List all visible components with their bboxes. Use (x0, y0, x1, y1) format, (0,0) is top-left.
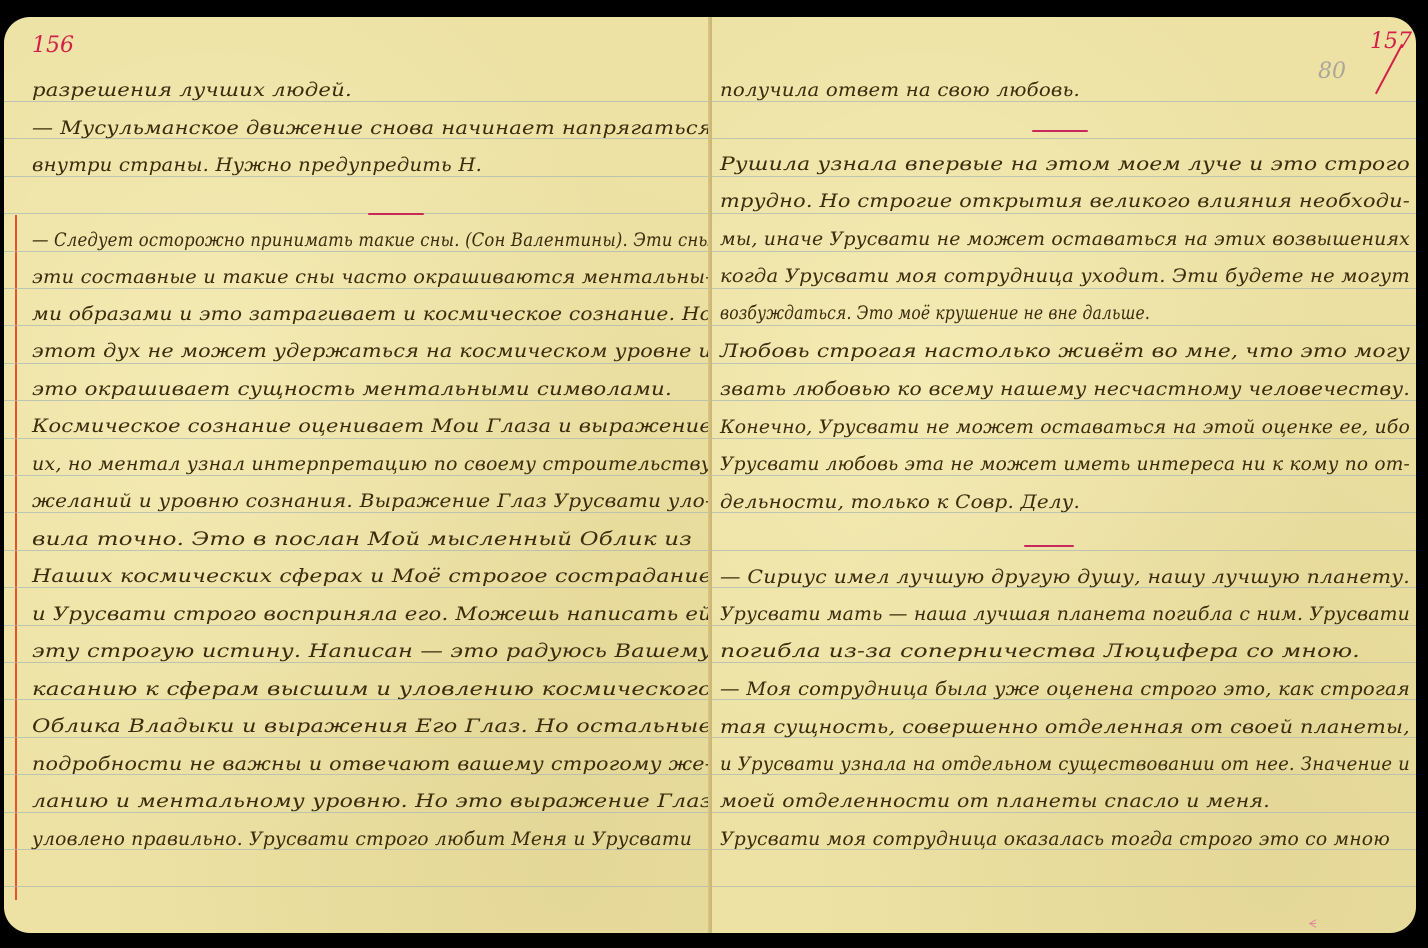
red-margin-line (15, 215, 17, 900)
handwritten-line: желаний и уровню сознания. Выражение Гла… (32, 490, 712, 512)
handwritten-line: трудно. Но строгие открытия великого вли… (720, 190, 1410, 212)
section-divider (368, 213, 424, 215)
rule-line (4, 512, 712, 513)
handwritten-line: Конечно, Урусвати не может оставаться на… (720, 416, 1410, 438)
section-divider (1024, 545, 1074, 547)
rule-line (712, 886, 1416, 887)
page-number-right: 157 (1370, 29, 1412, 54)
rule-line (712, 325, 1416, 326)
handwritten-line: эти составные и такие сны часто окрашива… (32, 266, 712, 288)
rule-line (712, 288, 1416, 289)
rule-line (712, 138, 1416, 139)
handwritten-line: дельности, только к Совр. Делу. (720, 491, 1080, 513)
handwritten-line: Наших космических сферах и Моё строгое с… (32, 565, 712, 587)
rule-line (4, 886, 712, 887)
handwritten-line: когда Урусвати моя сотрудница уходит. Эт… (720, 265, 1410, 287)
rule-line (4, 400, 712, 401)
handwritten-line: тая сущность, совершенно отделенная от с… (720, 716, 1410, 738)
rule-line (4, 288, 712, 289)
rule-line (4, 213, 712, 214)
rule-line (4, 475, 712, 476)
rule-line (4, 101, 712, 102)
rule-line (712, 550, 1416, 551)
handwritten-line: — Мусульманское движение снова начинает … (32, 117, 712, 139)
handwritten-line: внутри страны. Нужно предупредить Н. (32, 154, 482, 176)
section-divider (1032, 130, 1088, 132)
rule-line (4, 587, 712, 588)
handwritten-line: это окрашивает сущность ментальными симв… (32, 378, 672, 400)
page-number-left: 156 (32, 33, 74, 58)
handwritten-line: погибла из-за соперничества Люцифера со … (720, 640, 1360, 662)
left-notebook-page: 156 разрешения лучших людей.— Мусульманс… (4, 17, 712, 933)
handwritten-line: уловлено правильно. Урусвати строго люби… (32, 828, 692, 850)
handwritten-line: Урусвати моя сотрудница оказалась тогда … (720, 828, 1390, 850)
handwritten-line: касанию к сферам высшим и уловлению косм… (32, 678, 712, 700)
rule-line (712, 176, 1416, 177)
rule-line (712, 251, 1416, 252)
handwritten-line: Рушила узнала впервые на этом моем луче … (720, 153, 1410, 175)
right-notebook-page: 157 80 получила ответ на свою любовь.Руш… (712, 17, 1416, 933)
handwritten-line: и Урусвати строго восприняла его. Можешь… (32, 603, 712, 625)
handwritten-line: Урусвати мать — наша лучшая планета поги… (720, 603, 1410, 625)
rule-line (712, 662, 1416, 663)
handwritten-line: Космическое сознание оценивает Мои Глаза… (32, 415, 712, 437)
handwritten-line: звать любовью ко всему нашему несчастном… (720, 378, 1410, 400)
rule-line (712, 101, 1416, 102)
handwritten-line: получила ответ на свою любовь. (720, 79, 1080, 101)
rule-line (4, 325, 712, 326)
handwritten-line: ланию и ментальному уровню. Но это выраж… (32, 790, 712, 812)
handwritten-line: их, но ментал узнал интерпретацию по сво… (32, 453, 712, 475)
rule-line (4, 438, 712, 439)
handwritten-line: — Следует осторожно принимать такие сны.… (32, 229, 712, 251)
handwritten-line: Облика Владыки и выражения Его Глаз. Но … (32, 715, 712, 737)
handwritten-line: ми образами и это затрагивает и космичес… (32, 303, 712, 325)
pencil-folio-number: 80 (1318, 59, 1346, 84)
handwritten-line: разрешения лучших людей. (32, 79, 352, 101)
handwritten-line: вила точно. Это в послан Мой мысленный О… (32, 528, 692, 550)
rule-line (712, 213, 1416, 214)
handwritten-line: моей отделенности от планеты спасло и ме… (720, 790, 1270, 812)
handwritten-line: мы, иначе Урусвати не может оставаться н… (720, 228, 1410, 250)
handwritten-line: Любовь строгая настолько живёт во мне, ч… (720, 340, 1410, 362)
rule-line (712, 475, 1416, 476)
handwritten-line: возбуждаться. Это моё крушение не вне да… (720, 302, 1150, 324)
handwritten-line: Урусвати любовь эта не может иметь интер… (720, 453, 1410, 475)
rule-line (712, 363, 1416, 364)
rule-line (4, 662, 712, 663)
handwritten-line: этот дух не может удержаться на космичес… (32, 340, 712, 362)
handwritten-line: — Сириус имел лучшую другую душу, нашу л… (720, 566, 1410, 588)
handwritten-line: подробности не важны и отвечают вашему с… (32, 753, 712, 775)
faint-red-mark: ᗕ (1308, 917, 1317, 932)
rule-line (4, 363, 712, 364)
rule-line (712, 400, 1416, 401)
handwritten-line: и Урусвати узнала на отдельном существов… (720, 753, 1410, 775)
handwritten-line: эту строгую истину. Написан — это радуюс… (32, 640, 712, 662)
handwritten-line: — Моя сотрудница была уже оценена строго… (720, 678, 1410, 700)
